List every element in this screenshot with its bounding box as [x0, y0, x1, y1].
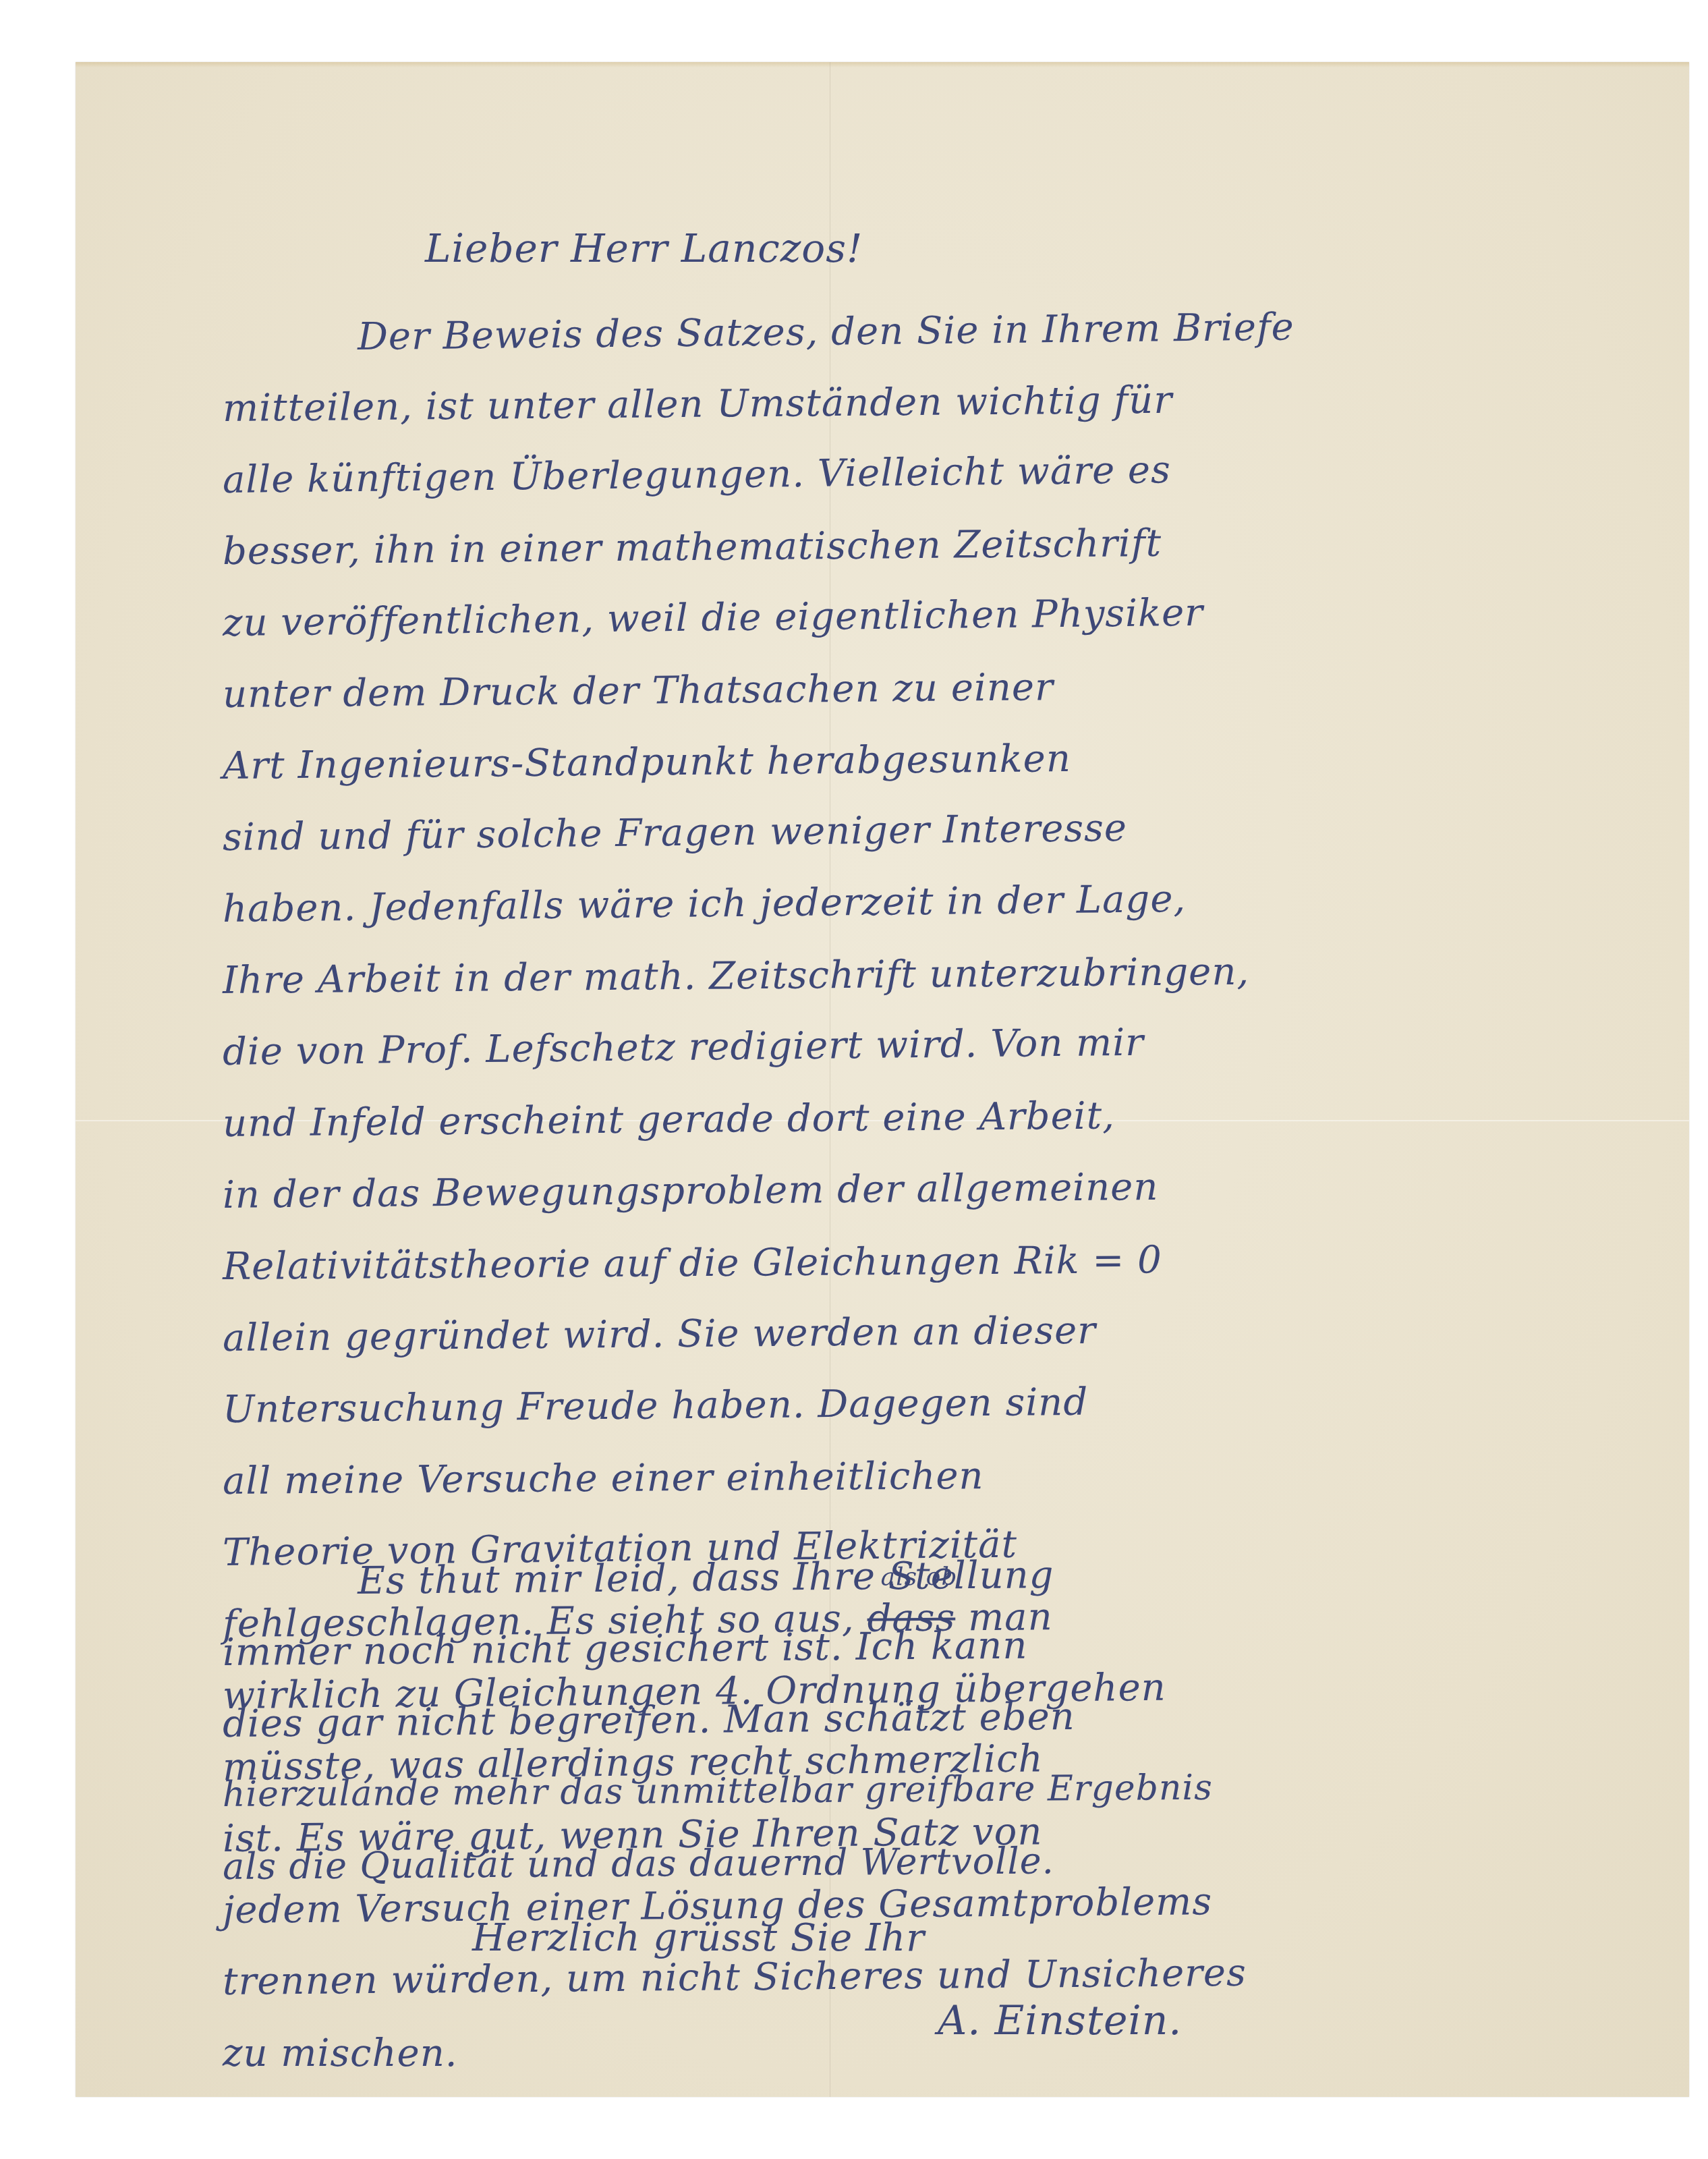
body-line: zu mischen. — [223, 2035, 458, 2073]
body-line: haben. Jedenfalls wäre ich jederzeit in … — [223, 880, 1187, 928]
body-line: besser, ihn in einer mathematischen Zeit… — [223, 525, 1162, 571]
body-line: zu veröffentlichen, weil die eigentliche… — [223, 594, 1204, 642]
body-line: alle künftigen Überlegungen. Vielleicht … — [223, 451, 1171, 499]
body-line: Der Beweis des Satzes, den Sie in Ihrem … — [358, 308, 1294, 356]
body-line: dies gar nicht begreifen. Man schätzt eb… — [223, 1698, 1075, 1743]
body-line: in der das Bewegungsproblem der allgemei… — [223, 1169, 1159, 1214]
body-line: sind und für solche Fragen weniger Inter… — [223, 810, 1128, 857]
body-line: all meine Versuche einer einheitlichen — [223, 1457, 984, 1501]
body-line: Art Ingenieurs-Standpunkt herabgesunken — [223, 740, 1071, 785]
body-line: Untersuchung Freude haben. Dagegen sind — [223, 1384, 1089, 1429]
signature: A. Einstein. — [938, 1997, 1182, 2044]
body-line: trennen würden, um nicht Sicheres und Un… — [223, 1955, 1247, 2001]
body-line: die von Prof. Lefschetz redigiert wird. … — [223, 1024, 1144, 1071]
body-line: und Infeld erscheint gerade dort eine Ar… — [223, 1097, 1115, 1143]
body-line: mitteilen, ist unter allen Umständen wic… — [223, 382, 1172, 428]
body-line: Relativitätstheorie auf die Gleichungen … — [223, 1241, 1162, 1286]
body-line: allein gegründet wird. Sie werden an die… — [223, 1312, 1096, 1357]
body-line: unter dem Druck der Thatsachen zu einer — [223, 669, 1054, 714]
body-line: als die Qualität und das dauernd Wertvol… — [223, 1843, 1054, 1885]
salutation: Lieber Herr Lanczos! — [425, 225, 863, 271]
body-line: Ihre Arbeit in der math. Zeitschrift unt… — [223, 953, 1250, 1000]
body-line: Es thut mir leid, dass Ihre Stellung — [358, 1557, 1054, 1600]
body-line: immer noch nicht gesichert ist. Ich kann — [223, 1627, 1028, 1672]
closing: Herzlich grüsst Sie Ihr — [472, 1916, 925, 1960]
body-line: hierzulande mehr das unmittelbar greifba… — [223, 1770, 1213, 1812]
